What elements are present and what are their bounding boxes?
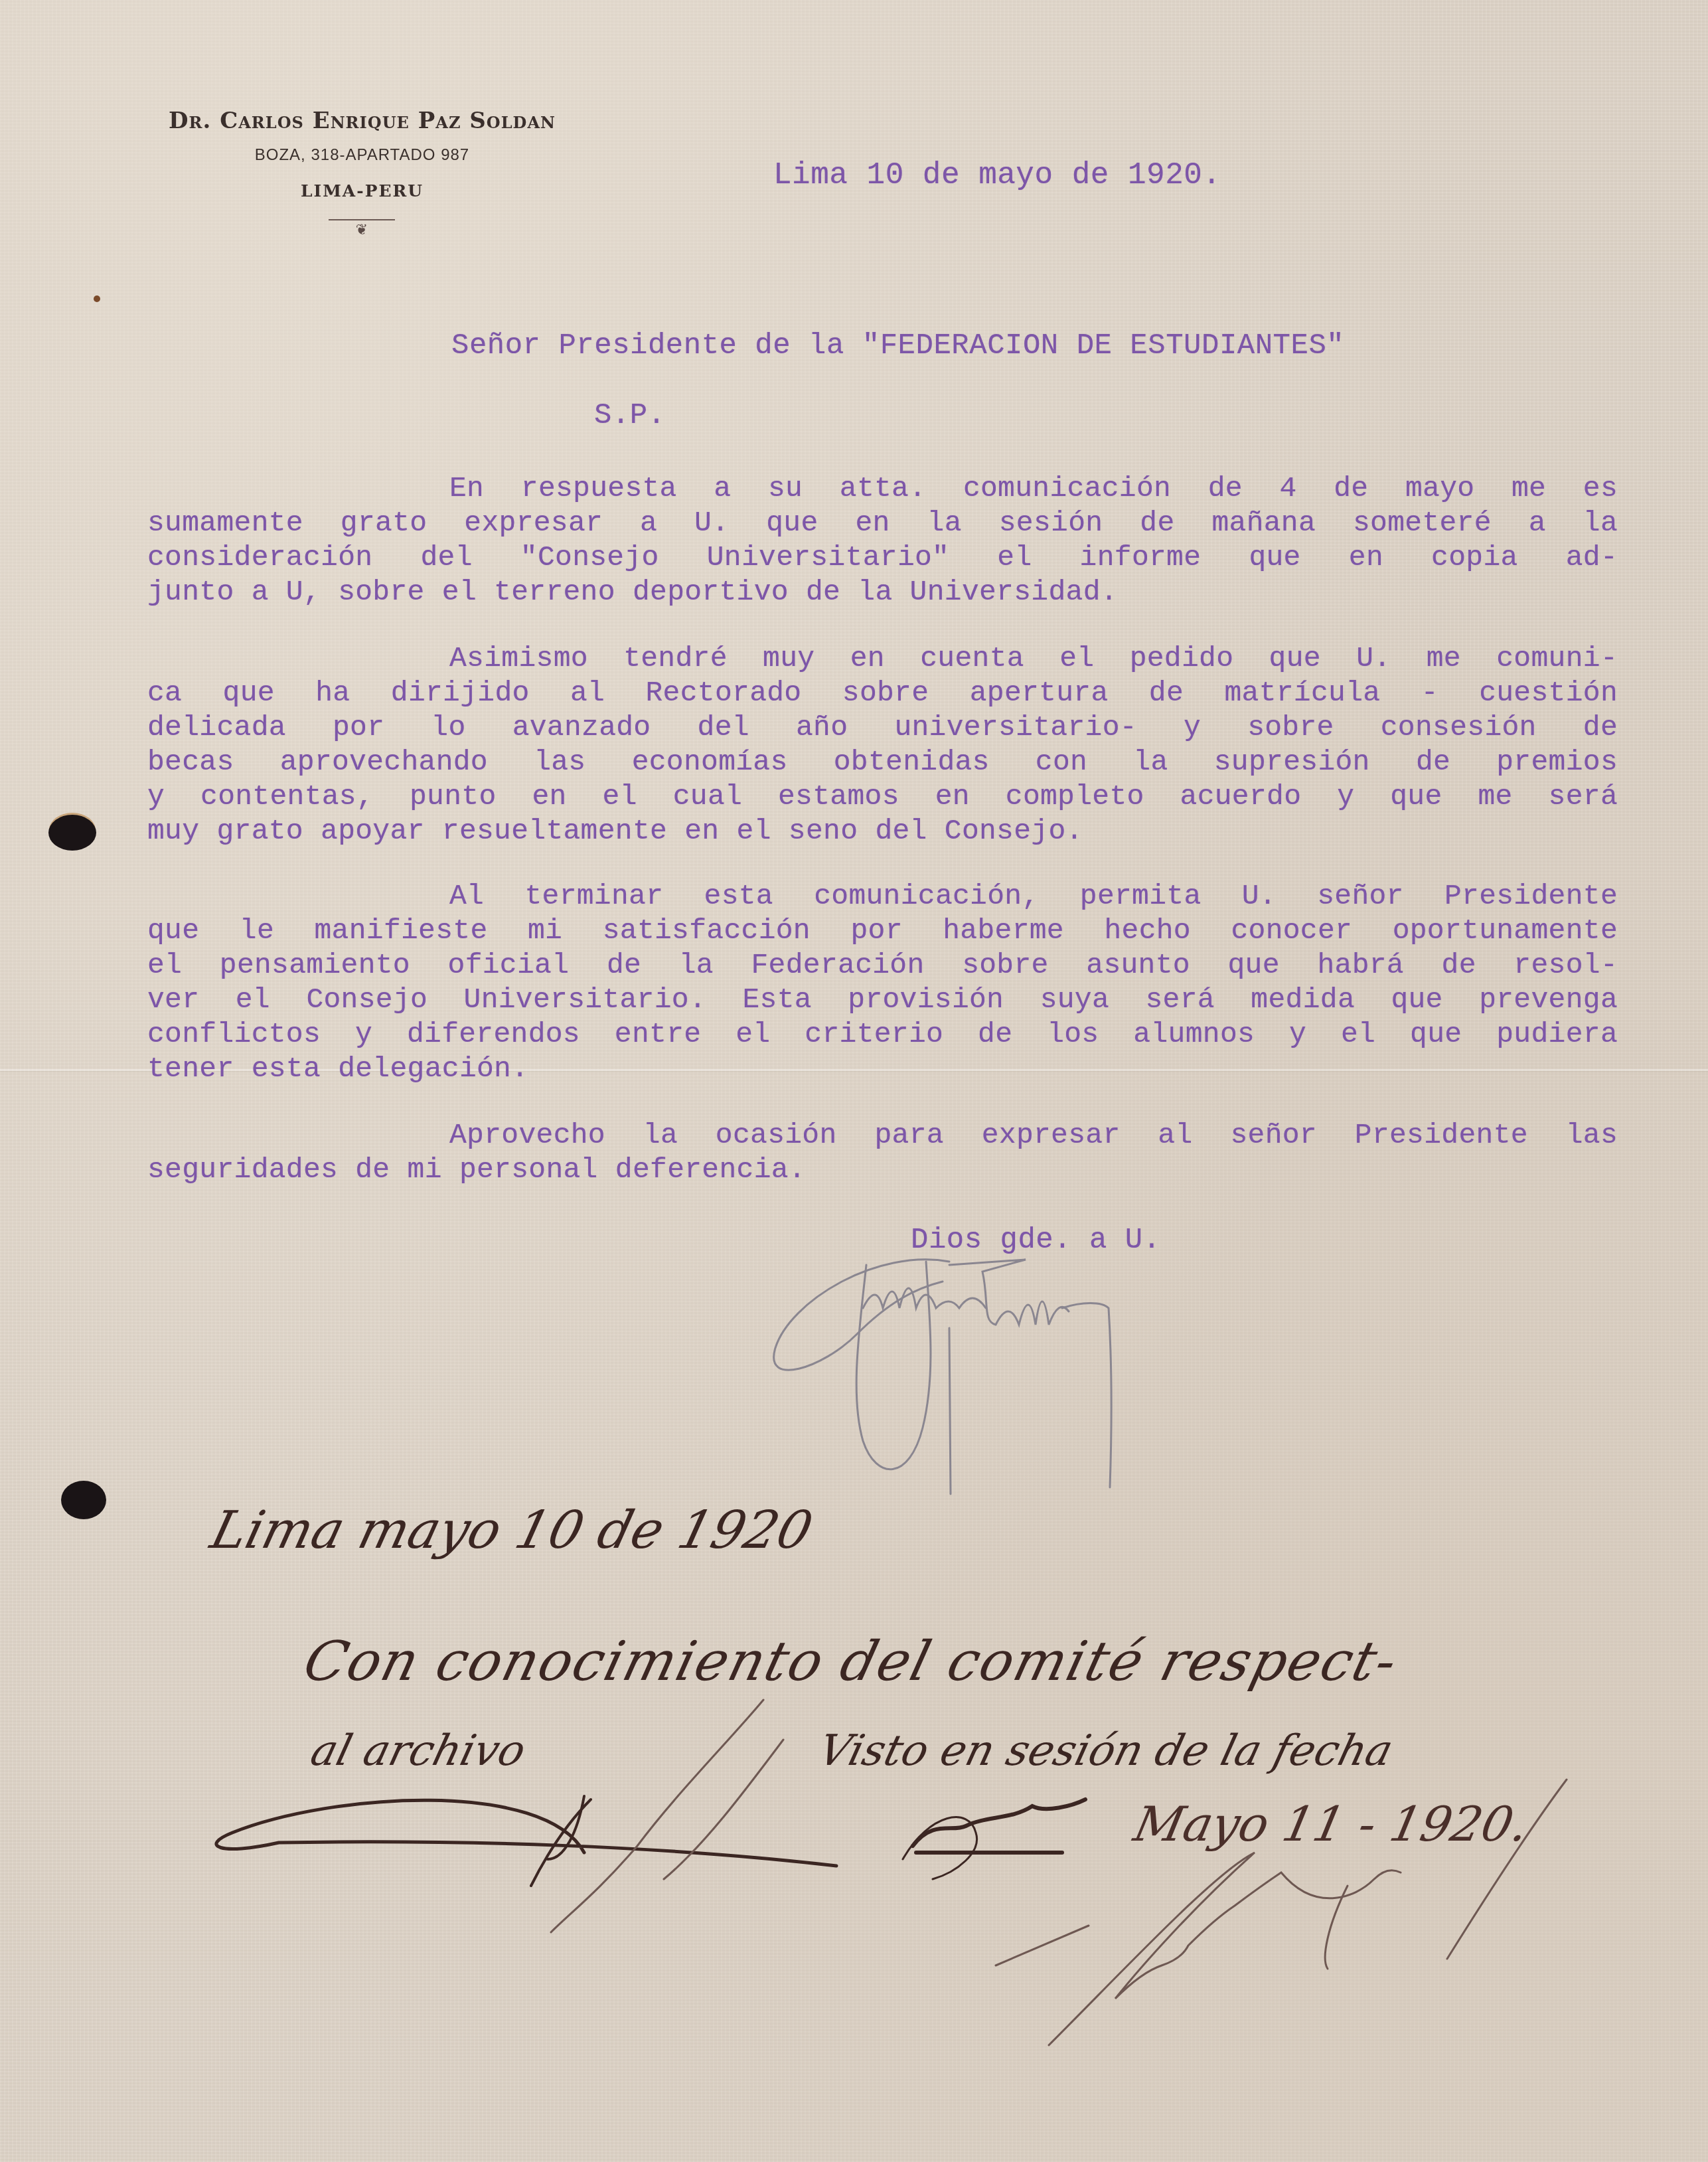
ink-signatures [0, 0, 1708, 2162]
